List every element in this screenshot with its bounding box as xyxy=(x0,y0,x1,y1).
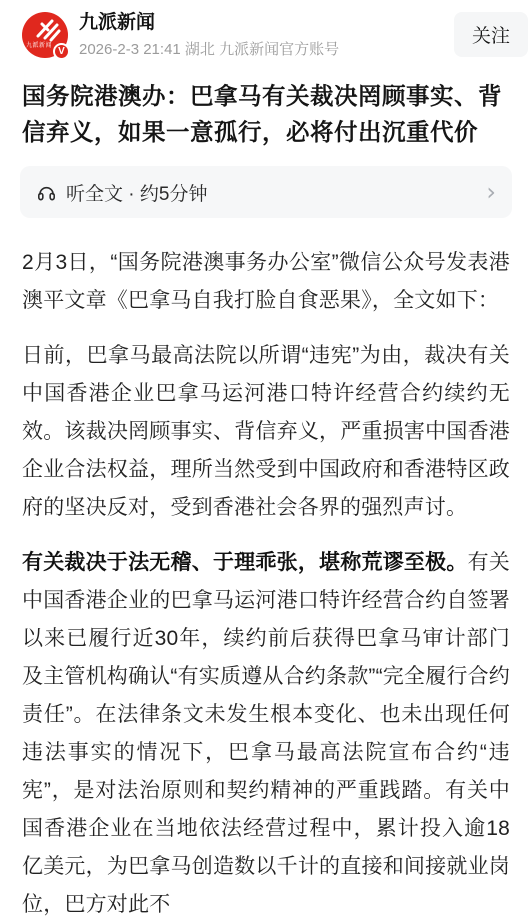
listen-label: 听全文 · 约5分钟 xyxy=(66,179,207,206)
paragraph-3-rest: 有关中国香港企业的巴拿马运河港口特许经营合约自签署以来已履行近30年，续约前后获… xyxy=(22,551,510,916)
paragraph-1: 2月3日，“国务院港澳事务办公室”微信公众号发表港澳平文章《巴拿马自我打脸自食恶… xyxy=(22,244,510,320)
account-name[interactable]: 九派新闻 xyxy=(79,11,339,35)
article-body: 2月3日，“国务院港澳事务办公室”微信公众号发表港澳平文章《巴拿马自我打脸自食恶… xyxy=(22,244,510,916)
publisher-texts: 九派新闻 2026-2-3 21:41 湖北 九派新闻官方账号 xyxy=(79,11,339,60)
avatar-mini-text: 九派新闻 xyxy=(26,40,52,49)
follow-button[interactable]: 关注 xyxy=(454,12,528,57)
listen-fulltext-bar[interactable]: 听全文 · 约5分钟 › xyxy=(20,166,512,218)
paragraph-2: 日前，巴拿马最高法院以所谓“违宪”为由，裁决有关中国香港企业巴拿马运河港口特许经… xyxy=(22,337,510,527)
listen-left: 听全文 · 约5分钟 xyxy=(36,179,207,206)
publish-meta: 2026-2-3 21:41 湖北 九派新闻官方账号 xyxy=(79,38,339,59)
article-title: 国务院港澳办：巴拿马有关裁决罔顾事实、背信弃义，如果一意孤行，必将付出沉重代价 xyxy=(22,78,510,150)
article-page: 九派新闻 V 九派新闻 2026-2-3 21:41 湖北 九派新闻官方账号 关… xyxy=(0,0,532,916)
chevron-right-icon: › xyxy=(486,180,496,204)
verified-badge-icon: V xyxy=(53,43,70,60)
paragraph-3: 有关裁决于法无稽、于理乖张，堪称荒谬至极。有关中国香港企业的巴拿马运河港口特许经… xyxy=(22,544,510,916)
paragraph-3-bold-lead: 有关裁决于法无稽、于理乖张，堪称荒谬至极。 xyxy=(22,551,468,574)
headphones-icon xyxy=(36,182,57,203)
publisher-avatar[interactable]: 九派新闻 V xyxy=(22,12,68,58)
publisher-header: 九派新闻 V 九派新闻 2026-2-3 21:41 湖北 九派新闻官方账号 关… xyxy=(22,10,510,60)
